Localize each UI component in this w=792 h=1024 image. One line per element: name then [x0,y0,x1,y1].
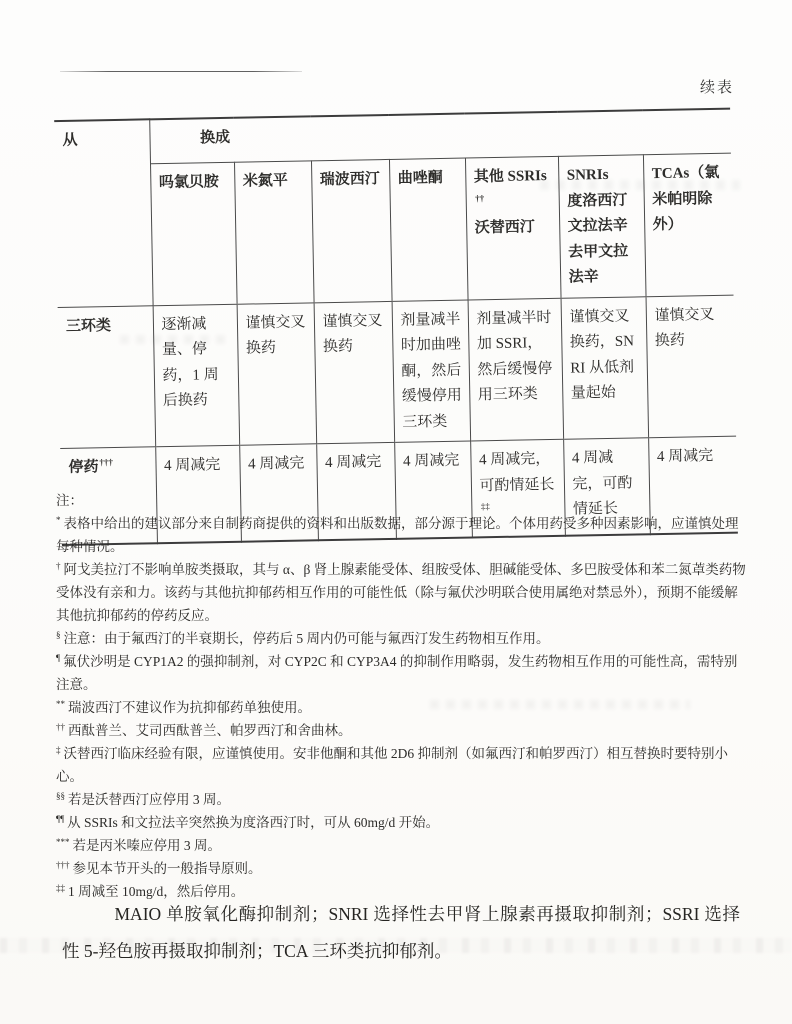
footnote-marker: † [56,561,61,571]
table-cell: 谨慎交叉换药 [314,301,395,444]
footnote: ¶氟伏沙明是 CYP1A2 的强抑制剂，对 CYP2C 和 CYP3A4 的抑制… [56,650,748,696]
cell-text: 谨慎交叉换药 [322,313,382,356]
table-cell: 谨慎交叉换药 [646,295,737,438]
footnote: §注意：由于氟西汀的半衰期长，停药后 5 周内仍可能与氟西汀发生药物相互作用。 [56,627,748,650]
row-label-text: 停药 [68,459,98,476]
footnote: †阿戈美拉汀不影响单胺类摄取，其与 α、β 肾上腺素能受体、组胺受体、胆碱能受体… [56,558,748,627]
column-header-text: 沃替西汀 [475,215,553,242]
column-header-text: 其他 SSRIs [474,168,547,185]
cell-text: 剂量减半时加曲唑酮，然后缓慢停用三环类 [400,311,462,430]
abbreviations-paragraph: MAIO 单胺氧化酶抑制剂；SNRI 选择性去甲肾上腺素再摄取抑制剂；SSRI … [62,896,740,970]
cell-text: 谨慎交叉换药 [654,307,714,350]
top-rule [60,71,302,72]
column-header-tcas: TCAs（氯米帕明除外） [643,153,734,296]
footnote-marker: †† [56,722,65,732]
footnote-text: 西酞普兰、艾司西酞普兰、帕罗西汀和舍曲林。 [68,723,352,738]
column-header-snris: SNRIs 度洛西汀 文拉法辛 去甲文拉法辛 [558,155,646,298]
footnote: *表格中给出的建议部分来自制药商提供的资料和出版数据，部分源于理论。个体用药受多… [56,512,748,558]
column-header-mirtazapine: 米氮平 [234,161,314,304]
footnote-marker: ¶¶ [56,814,64,824]
footnote: ¶¶从 SSRIs 和文拉法辛突然换为度洛西汀时，可从 60mg/d 开始。 [56,811,748,834]
table-header-from: 从 [54,119,152,307]
cell-text: 谨慎交叉换药，SNRI 从低剂量起始 [569,308,634,402]
footnote-marker: †† [475,193,484,203]
cell-text: 4 周减完 [325,454,382,471]
row-label-text: 三环类 [66,318,111,335]
footnote: **瑞波西汀不建议作为抗抑郁药单独使用。 [56,696,748,719]
cell-text: 逐渐减量、停药，1 周后换药 [161,316,218,409]
footnote-text: 沃替西汀临床经验有限，应谨慎使用。安非他酮和其他 2D6 抑制剂（如氟西汀和帕罗… [56,746,728,784]
footnote-text: 从 SSRIs 和文拉法辛突然换为度洛西汀时，可从 60mg/d 开始。 [67,815,439,830]
table-cell: 剂量减半时加 SSRI，然后缓慢停用三环类 [468,298,564,441]
footnote: †††参见本节开头的一般指导原则。 [56,857,748,880]
footnote: ‡沃替西汀临床经验有限，应谨慎使用。安非他酮和其他 2D6 抑制剂（如氟西汀和帕… [56,742,748,788]
footnote-marker: ††† [56,860,70,870]
footnote-text: 若是沃替西汀应停用 3 周。 [68,792,230,807]
continued-table-label: 续表 [700,76,734,97]
footnote-marker: §§ [56,791,65,801]
cell-text: 剂量减半时加 SSRI，然后缓慢停用三环类 [476,309,552,403]
column-header-text: SNRIs 度洛西汀 文拉法辛 去甲文拉法辛 [567,167,629,286]
cell-text: 4 周减完 [403,453,460,470]
footnote-text: 氟伏沙明是 CYP1A2 的强抑制剂，对 CYP2C 和 CYP3A4 的抑制作… [56,654,737,692]
table-cell: 谨慎交叉换药，SNRI 从低剂量起始 [561,296,649,439]
footnote-marker: * [56,515,61,525]
footnote-text: 注意：由于氟西汀的半衰期长，停药后 5 周内仍可能与氟西汀发生药物相互作用。 [64,631,550,646]
footnote-marker: ††† [99,457,113,467]
footnote-text: 瑞波西汀不建议作为抗抑郁药单独使用。 [68,700,311,715]
cell-text: 谨慎交叉换药 [245,314,305,357]
table-cell: 谨慎交叉换药 [237,302,317,445]
column-header-text: 米氮平 [243,173,288,190]
footnote-marker: § [56,630,61,640]
footnotes-section: 注： *表格中给出的建议部分来自制药商提供的资料和出版数据，部分源于理论。个体用… [56,489,748,903]
cell-text: 4 周减完 [248,456,305,473]
drug-switching-table: 从 换成 吗氯贝胺 米氮平 瑞波西汀 曲唑酮 其他 SSRIs††沃替西汀 SN… [54,108,738,546]
footnote: ††西酞普兰、艾司西酞普兰、帕罗西汀和舍曲林。 [56,719,748,742]
footnote-marker: ** [56,699,65,709]
cell-text: 4 周减完 [164,457,221,474]
column-header-text: 曲唑酮 [398,170,443,187]
column-header-other-ssris: 其他 SSRIs††沃替西汀 [465,156,561,299]
column-header-moclobemide: 吗氯贝胺 [150,162,237,305]
column-header-text: 吗氯贝胺 [159,174,219,191]
footnote-marker: *** [56,837,70,847]
footnote: ***若是丙米嗪应停用 3 周。 [56,834,748,857]
footnote-marker: ¶ [56,653,60,663]
footnote-text: 若是丙米嗪应停用 3 周。 [73,838,222,853]
column-header-text: 瑞波西汀 [320,171,380,188]
footnote-text: 参见本节开头的一般指导原则。 [73,861,262,876]
row-label-tricyclics: 三环类 [58,305,156,448]
footnote-text: 表格中给出的建议部分来自制药商提供的资料和出版数据，部分源于理论。个体用药受多种… [56,516,739,554]
column-header-reboxetine: 瑞波西汀 [311,159,392,302]
table-cell: 逐渐减量、停药，1 周后换药 [153,304,240,447]
footnote-marker: ‡ [56,745,61,755]
table-cell: 剂量减半时加曲唑酮，然后缓慢停用三环类 [392,300,471,443]
cell-text: 4 周减完 [657,448,714,465]
scan-artifact [0,938,792,953]
footnote-text: 阿戈美拉汀不影响单胺类摄取，其与 α、β 肾上腺素能受体、组胺受体、胆碱能受体、… [56,562,746,623]
notes-label: 注： [56,489,748,512]
column-header-trazodone: 曲唑酮 [389,158,468,301]
scanned-page: 续表 从 换成 吗氯贝胺 米氮平 瑞波西汀 曲唑酮 其他 SSRIs††沃替西汀… [0,0,792,1024]
footnote: §§若是沃替西汀应停用 3 周。 [56,788,748,811]
footnote-marker: ‡‡ [56,883,65,893]
column-header-text: TCAs（氯米帕明除外） [652,165,720,233]
cell-text: 4 周减完，可酌情延长 [479,451,555,494]
